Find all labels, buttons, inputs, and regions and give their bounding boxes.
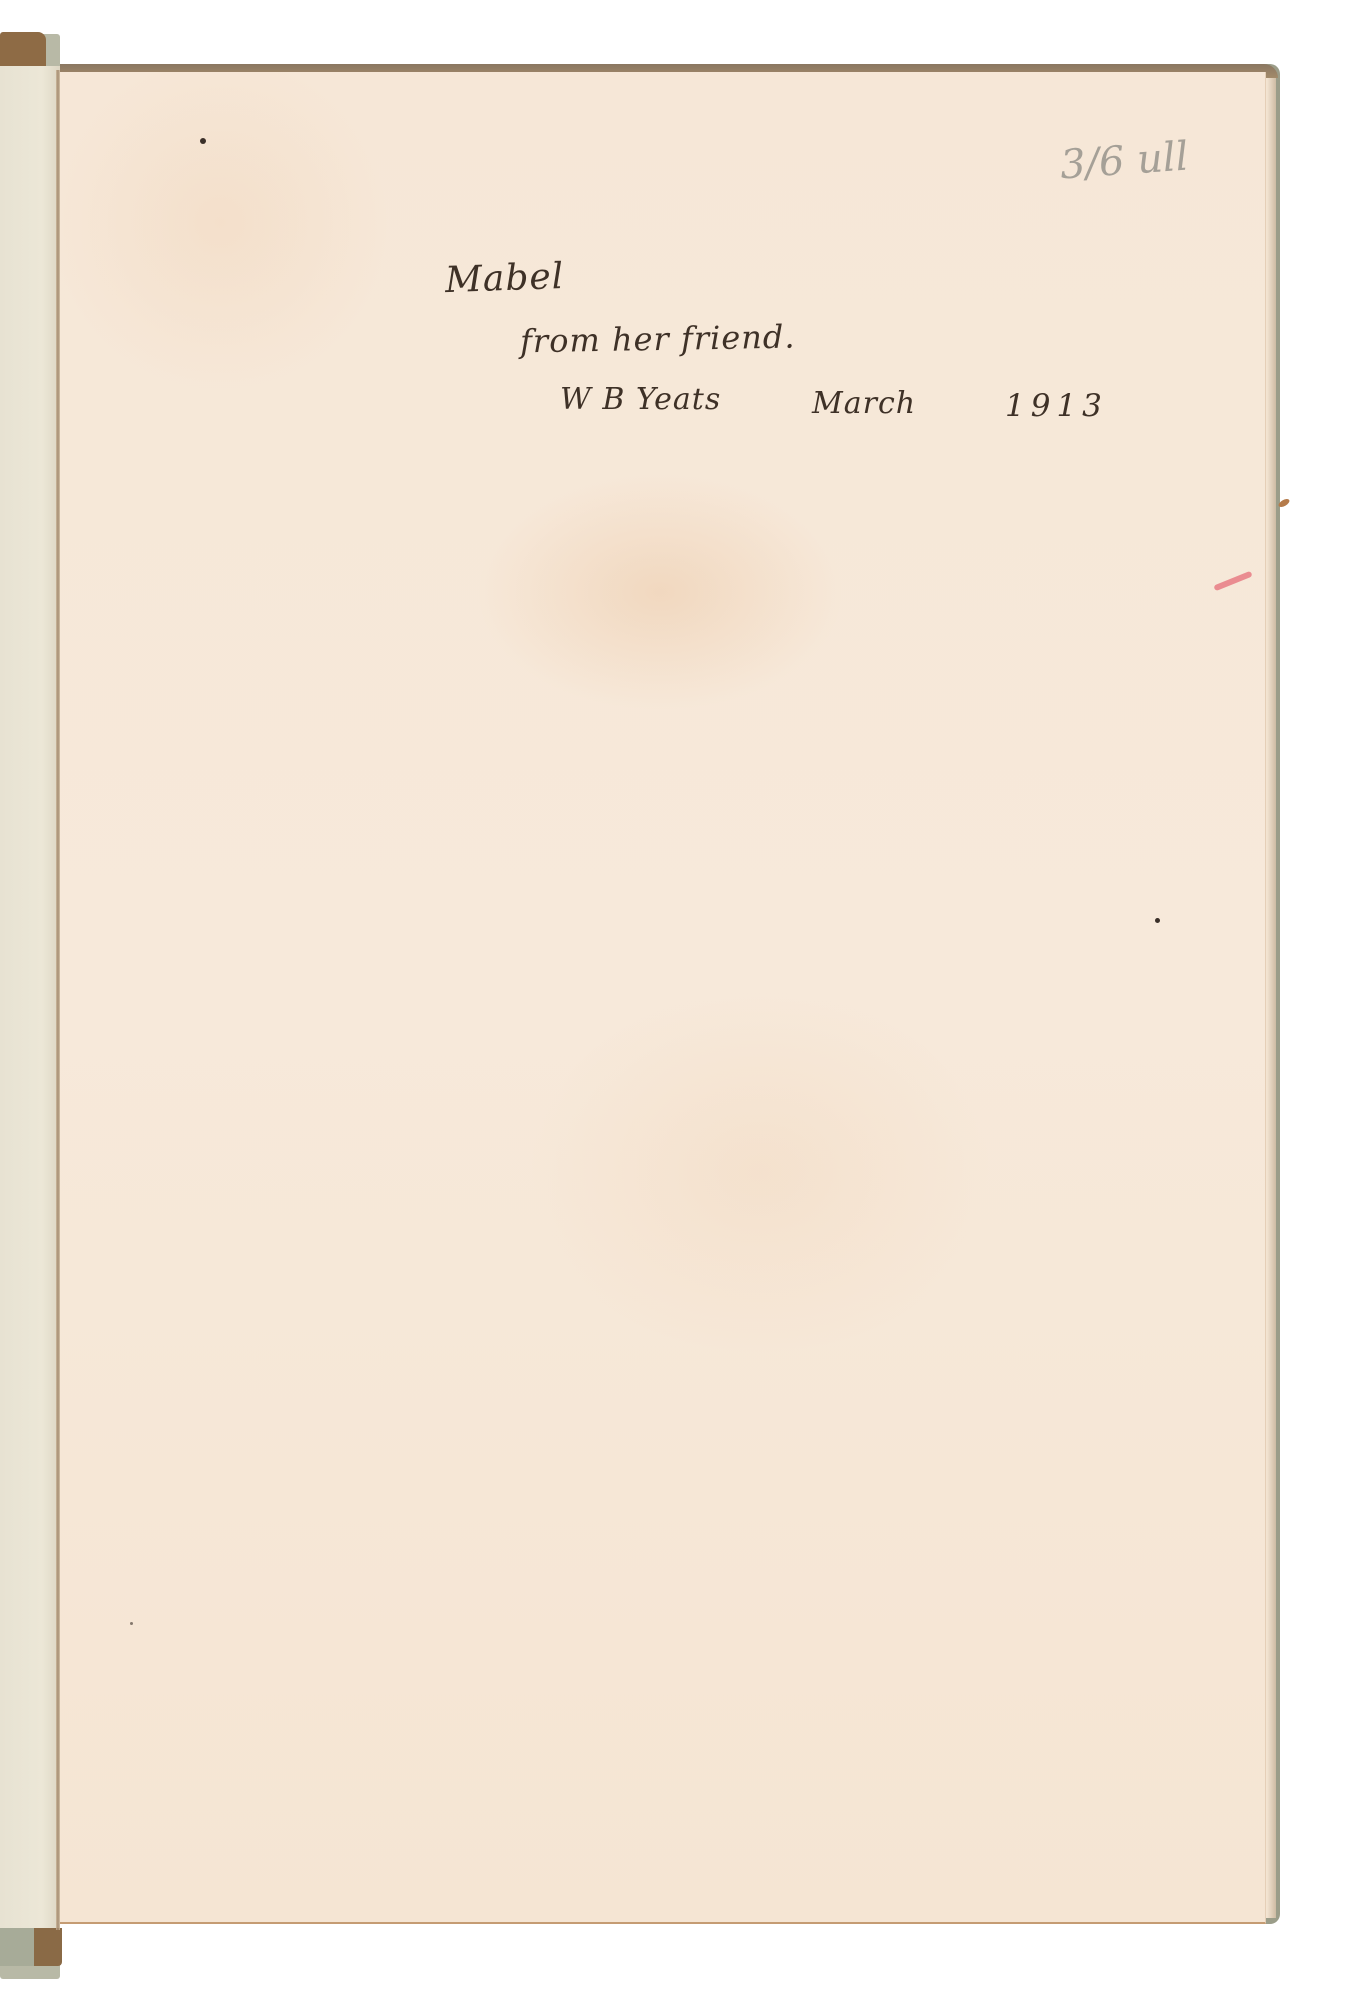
inscription-message: from her friend. [520, 318, 796, 361]
ink-spot [130, 1622, 133, 1625]
spine-tailcap [0, 1928, 62, 1966]
inscription-month: March [812, 386, 916, 421]
inscription-year: 1913 [1005, 388, 1108, 424]
ink-spot [200, 138, 206, 144]
gutter-fold [56, 70, 60, 1930]
inscription-signature: W B Yeats [560, 382, 721, 417]
ink-spot [1155, 918, 1160, 923]
inscription-recipient: Mabel [444, 256, 565, 301]
pastedown-page [0, 66, 60, 1942]
pencil-price-note: 3/6 ull [1059, 134, 1190, 189]
